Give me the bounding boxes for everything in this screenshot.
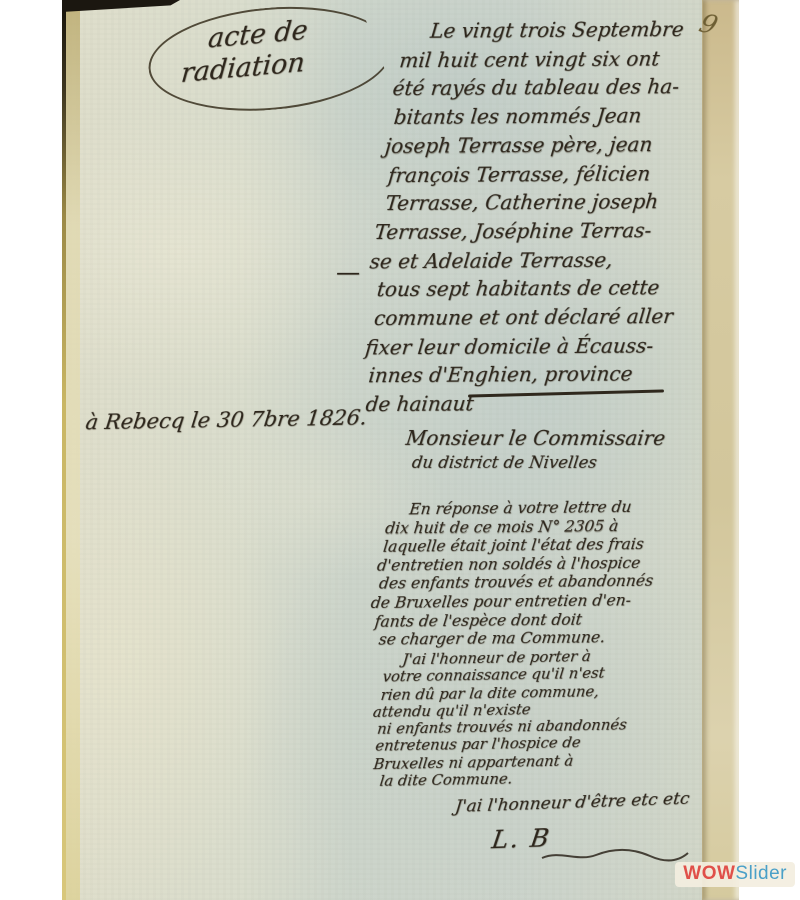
- dateline: à Rebecq le 30 7bre 1826.: [84, 406, 368, 435]
- manuscript-line: tous sept habitants de cette: [376, 273, 709, 304]
- margin-dash: —: [336, 258, 360, 286]
- manuscript-line: joseph Terrasse père, jean: [384, 130, 723, 161]
- watermark-wow-label: WOW: [683, 863, 735, 884]
- paragraph-statement: J'ai l'honneur de porter à votre connais…: [371, 646, 716, 790]
- signature-flourish: [540, 848, 690, 862]
- manuscript-line: commune et ont déclaré aller: [373, 302, 706, 333]
- manuscript-line: mil huit cent vingt six ont: [398, 43, 731, 74]
- watermark-slider-label: Slider: [735, 863, 787, 884]
- manuscript-line: Le vingt trois Septembre: [429, 15, 734, 46]
- paragraph-registration: Le vingt trois Septembre mil huit cent v…: [364, 15, 733, 419]
- manuscript-line: Terrasse, Catherine joseph: [384, 187, 717, 218]
- left-page-edge: [65, 0, 80, 900]
- manuscript-line: bitants les nommés Jean: [392, 101, 725, 132]
- salutation-line: Monsieur le Commissaire: [405, 426, 667, 450]
- paragraph-response: En réponse à votre lettre du dix huit de…: [372, 497, 719, 649]
- binding-shadow: [62, 0, 66, 900]
- manuscript-line: françois Terrasse, félicien: [387, 158, 720, 189]
- watermark-badge[interactable]: WOWSlider: [675, 862, 795, 887]
- manuscript-line: innes d'Enghien, province: [367, 359, 700, 390]
- manuscript-line: fixer leur domicile à Écauss-: [364, 331, 703, 362]
- manuscript-line: se et Adelaide Terrasse,: [368, 244, 711, 275]
- scanned-document-page: acte de radiation 9 Le vingt trois Septe…: [0, 0, 800, 900]
- manuscript-line: été rayés du tableau des ha-: [391, 72, 728, 103]
- manuscript-line: Terrasse, Joséphine Terras-: [373, 216, 714, 247]
- salutation-line: du district de Nivelles: [411, 453, 598, 472]
